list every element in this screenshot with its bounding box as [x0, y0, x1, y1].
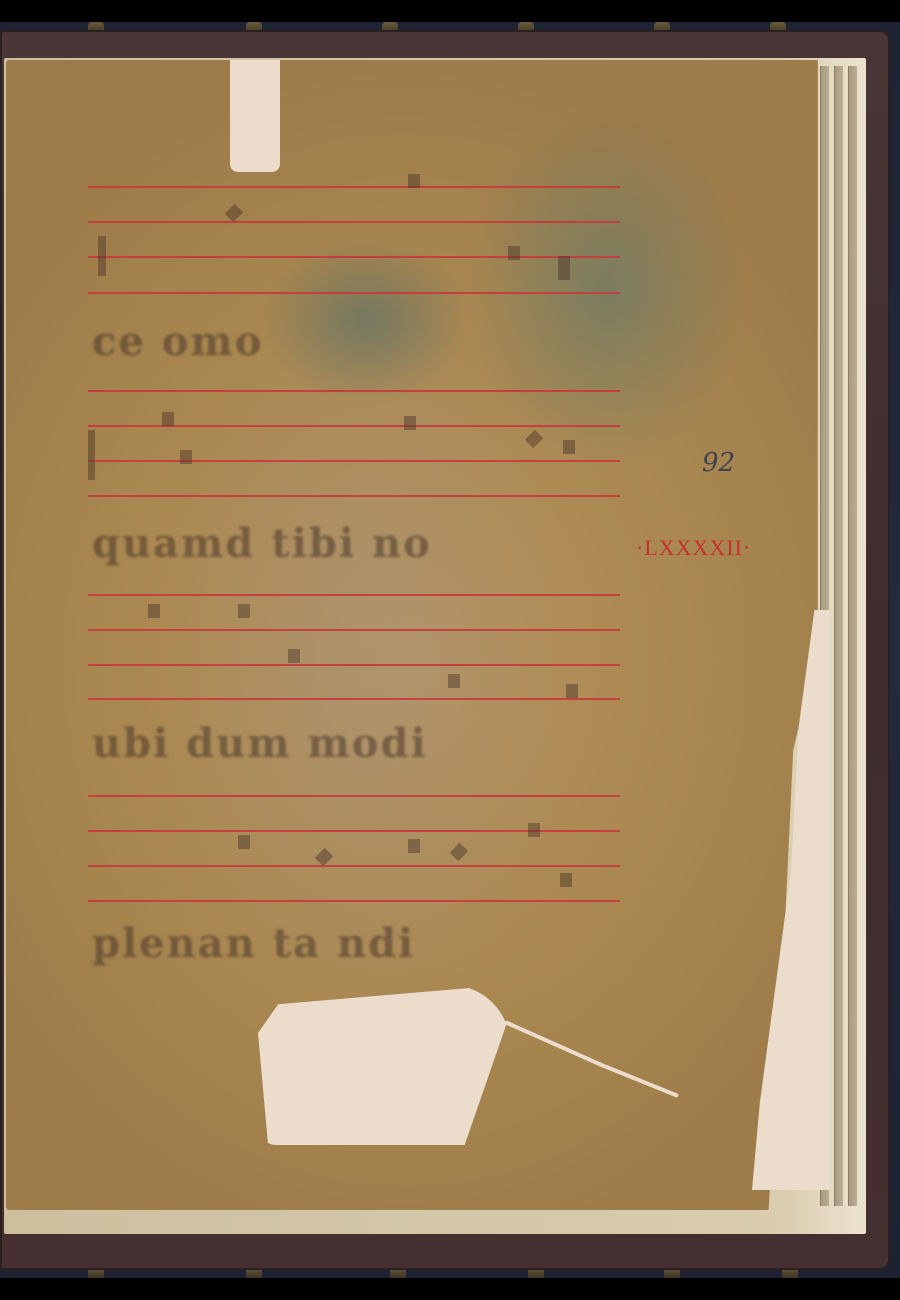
page-edge — [834, 66, 843, 1206]
lyric-line: ubi dum modi — [92, 720, 428, 767]
staff-line — [88, 698, 620, 700]
lyric-line: quamd tibi no — [92, 520, 432, 567]
neume — [404, 416, 416, 430]
neume — [563, 440, 575, 454]
staff-line — [88, 292, 620, 294]
staff-line — [88, 256, 620, 258]
music-staff — [88, 186, 620, 296]
lyric-line: ce omo — [92, 318, 263, 365]
staff-line — [88, 221, 620, 223]
neume — [238, 604, 250, 618]
neume — [508, 246, 520, 260]
staff-line — [88, 900, 620, 902]
neume — [528, 823, 540, 837]
neume — [408, 174, 420, 188]
music-staff — [88, 390, 620, 500]
staff-line — [88, 460, 620, 462]
neume — [98, 236, 106, 276]
repair-patch-top — [230, 60, 280, 172]
page-edge — [848, 66, 857, 1206]
music-staff — [88, 795, 620, 905]
music-staff — [88, 594, 620, 704]
neume — [448, 674, 460, 688]
neume — [238, 835, 250, 849]
neume — [566, 684, 578, 698]
neume — [450, 843, 468, 861]
staff-line — [88, 664, 620, 666]
staff-line — [88, 390, 620, 392]
neume — [88, 430, 95, 480]
staff-line — [88, 830, 620, 832]
neume — [148, 604, 160, 618]
folio-number-rubric: ·LXXXXII· — [636, 535, 751, 561]
repair-patch-bottom — [258, 985, 510, 1145]
staff-line — [88, 495, 620, 497]
lyric-line: plenan ta ndi — [92, 920, 415, 967]
staff-line — [88, 795, 620, 797]
neume — [225, 204, 243, 222]
neume — [408, 839, 420, 853]
neume — [288, 649, 300, 663]
neume — [180, 450, 192, 464]
neume — [315, 848, 333, 866]
folio-number-pencil: 92 — [702, 448, 735, 478]
staff-line — [88, 594, 620, 596]
neume — [560, 873, 572, 887]
staff-line — [88, 865, 620, 867]
neume — [162, 412, 174, 426]
neume — [558, 256, 570, 280]
neume — [525, 430, 543, 448]
staff-line — [88, 186, 620, 188]
staff-line — [88, 629, 620, 631]
